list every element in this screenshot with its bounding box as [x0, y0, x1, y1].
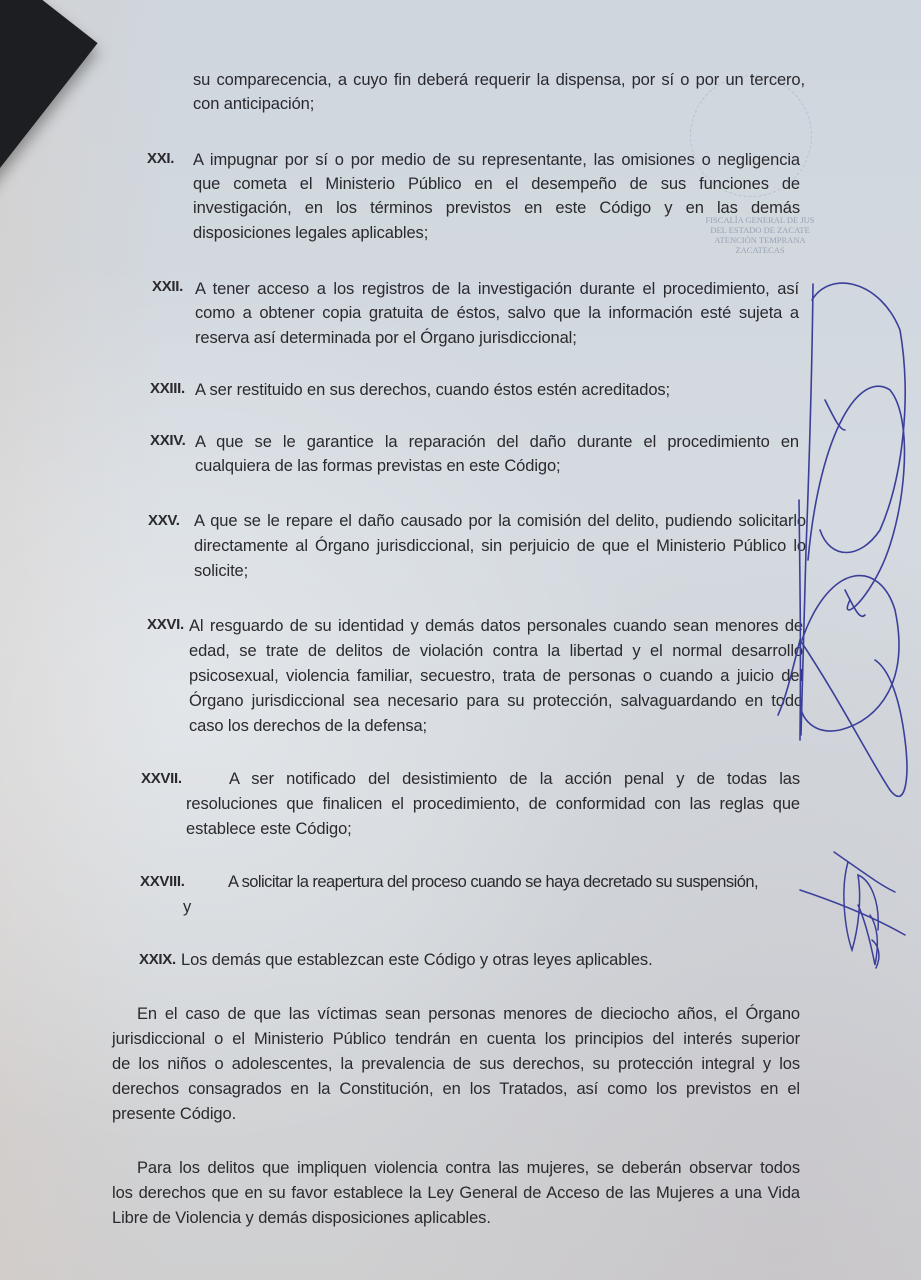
stamp-line: ATENCIÓN TEMPRANA: [700, 235, 820, 245]
paragraph-line: derechos consagrados en la Constitución,…: [112, 1078, 800, 1100]
item-line: resoluciones que finalicen el procedimie…: [186, 793, 800, 815]
item-numeral: XXVII.: [141, 768, 182, 790]
item-numeral: XXIX.: [139, 949, 176, 971]
item-numeral: XXIII.: [150, 378, 185, 400]
item-numeral: XXVI.: [147, 614, 184, 636]
item-line: establece este Código;: [186, 818, 352, 840]
item-line: y: [183, 896, 191, 918]
item-line: solicite;: [194, 560, 248, 582]
paragraph-line: los derechos que en su favor establece l…: [112, 1182, 800, 1204]
item-numeral: XXII.: [152, 276, 183, 298]
item-line: caso los derechos de la defensa;: [189, 715, 427, 737]
item-line: A tener acceso a los registros de la inv…: [195, 278, 799, 300]
item-line: A impugnar por sí o por medio de su repr…: [193, 149, 800, 171]
stamp-line: ZACATECAS: [700, 245, 820, 255]
item-numeral: XXI.: [147, 148, 174, 170]
item-numeral: XXIV.: [150, 430, 185, 452]
item-line: A que se le repare el daño causado por l…: [194, 510, 806, 532]
item-line: A ser restituido en sus derechos, cuando…: [195, 379, 670, 401]
item-line: Los demás que establezcan este Código y …: [181, 949, 653, 971]
item-line: psicosexual, violencia familiar, secuest…: [189, 665, 803, 687]
item-line: edad, se trate de delitos de violación c…: [189, 640, 803, 662]
paragraph-line: presente Código.: [112, 1103, 236, 1125]
item-line: cualquiera de las formas previstas en es…: [195, 455, 561, 477]
paragraph-line: jurisdiccional o el Ministerio Público t…: [112, 1028, 800, 1050]
item-line: A ser notificado del desistimiento de la…: [229, 768, 800, 790]
item-line: que cometa el Ministerio Público en el d…: [193, 173, 800, 195]
paragraph-line: En el caso de que las víctimas sean pers…: [137, 1003, 800, 1025]
item-line: directamente al Órgano jurisdiccional, s…: [194, 535, 806, 557]
item-line: A solicitar la reapertura del proceso cu…: [228, 871, 758, 893]
paragraph-line: Libre de Violencia y demás disposiciones…: [112, 1207, 491, 1229]
continuation-line: su comparecencia, a cuyo fin deberá requ…: [193, 69, 805, 91]
item-line: Órgano jurisdiccional sea necesario para…: [189, 690, 803, 712]
item-line: como a obtener copia gratuita de éstos, …: [195, 302, 799, 324]
item-numeral: XXV.: [148, 510, 180, 532]
continuation-line: con anticipación;: [193, 93, 314, 115]
item-line: investigación, en los términos previstos…: [193, 197, 800, 219]
stamp-line: DEL ESTADO DE ZACATE: [700, 225, 820, 235]
item-line: disposiciones legales aplicables;: [193, 222, 428, 244]
item-line: reserva así determinada por el Órgano ju…: [195, 327, 577, 349]
paragraph-line: de los niños o adolescentes, la prevalen…: [112, 1053, 800, 1075]
official-stamp: FISCALÍA GENERAL DE JUS DEL ESTADO DE ZA…: [700, 215, 820, 255]
item-line: A que se le garantice la reparación del …: [195, 431, 799, 453]
item-line: Al resguardo de su identidad y demás dat…: [189, 615, 803, 637]
item-numeral: XXVIII.: [140, 871, 185, 893]
paragraph-line: Para los delitos que impliquen violencia…: [137, 1157, 800, 1179]
